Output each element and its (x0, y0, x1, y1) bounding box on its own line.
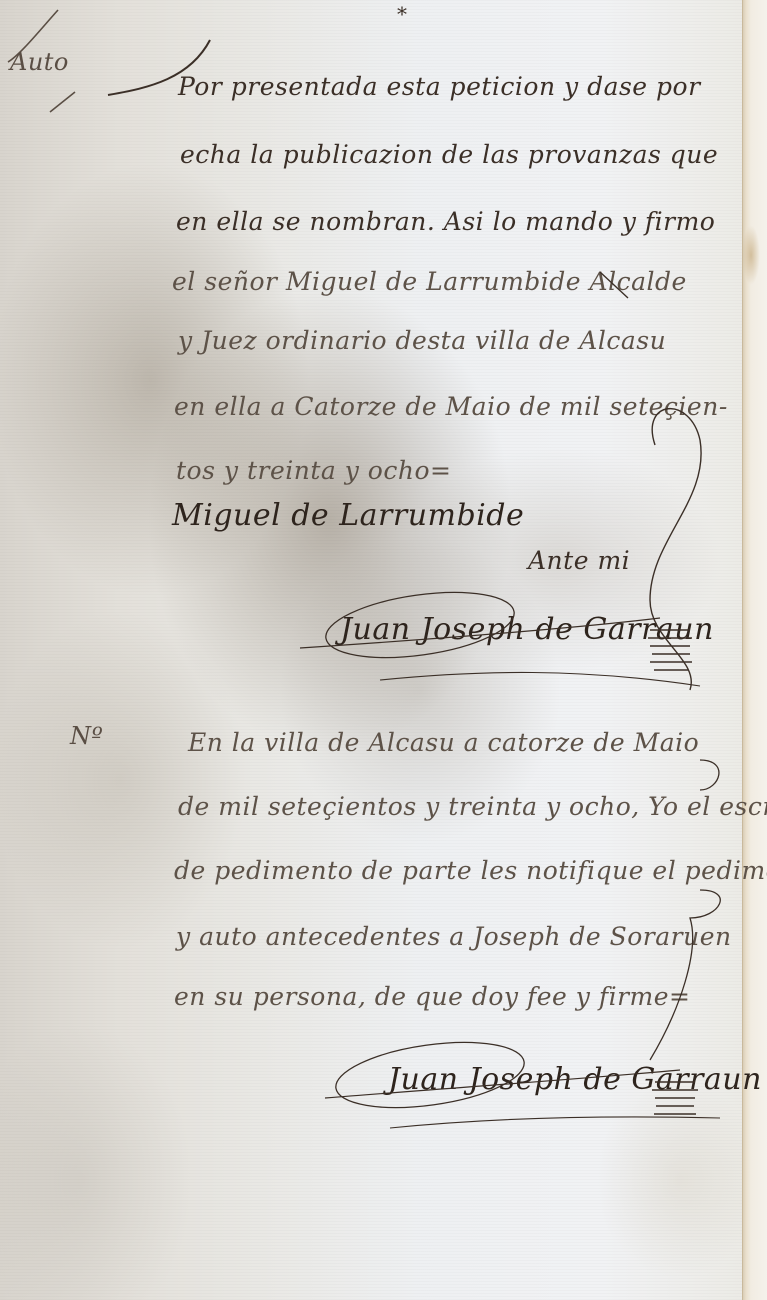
auto-line-3: en ella se nombran. Asi lo mando y firmo (176, 207, 715, 236)
signature-notary-notificacion: Juan Joseph de Garraun (388, 1062, 762, 1097)
auto-line-7: tos y treinta y ocho= (176, 456, 451, 485)
paper-texture (0, 0, 742, 1300)
manuscript-page (0, 0, 742, 1300)
signature-notary-auto: Juan Joseph de Garraun (340, 612, 714, 647)
auto-line-5: y Juez ordinario desta villa de Alcasu (178, 326, 666, 355)
notif-line-5: en su persona, de que doy fee y firme= (174, 982, 690, 1011)
ante-mi-label: Ante mi (528, 546, 630, 575)
notif-line-1: En la villa de Alcasu a catorze de Maio (188, 728, 699, 757)
auto-line-1: Por presentada esta peticion y dase por (178, 72, 701, 101)
auto-line-2: echa la publicazion de las provanzas que (180, 140, 718, 169)
signature-alcalde: Miguel de Larrumbide (172, 498, 524, 533)
auto-line-6: en ella a Catorze de Maio de mil seteçie… (174, 392, 728, 421)
auto-line-4: el señor Miguel de Larrumbide Alcalde (172, 267, 687, 296)
notif-line-2: de mil seteçientos y treinta y ocho, Yo … (178, 792, 767, 821)
top-mark: * (397, 2, 407, 26)
binding-gutter (742, 0, 767, 1300)
margin-label-notificacion: Nº (70, 722, 103, 750)
notif-line-3: de pedimento de parte les notifique el p… (174, 856, 767, 885)
gutter-stain (742, 225, 760, 285)
notif-line-4: y auto antecedentes a Joseph de Soraruen (176, 922, 732, 951)
margin-label-auto: Auto (10, 48, 69, 76)
